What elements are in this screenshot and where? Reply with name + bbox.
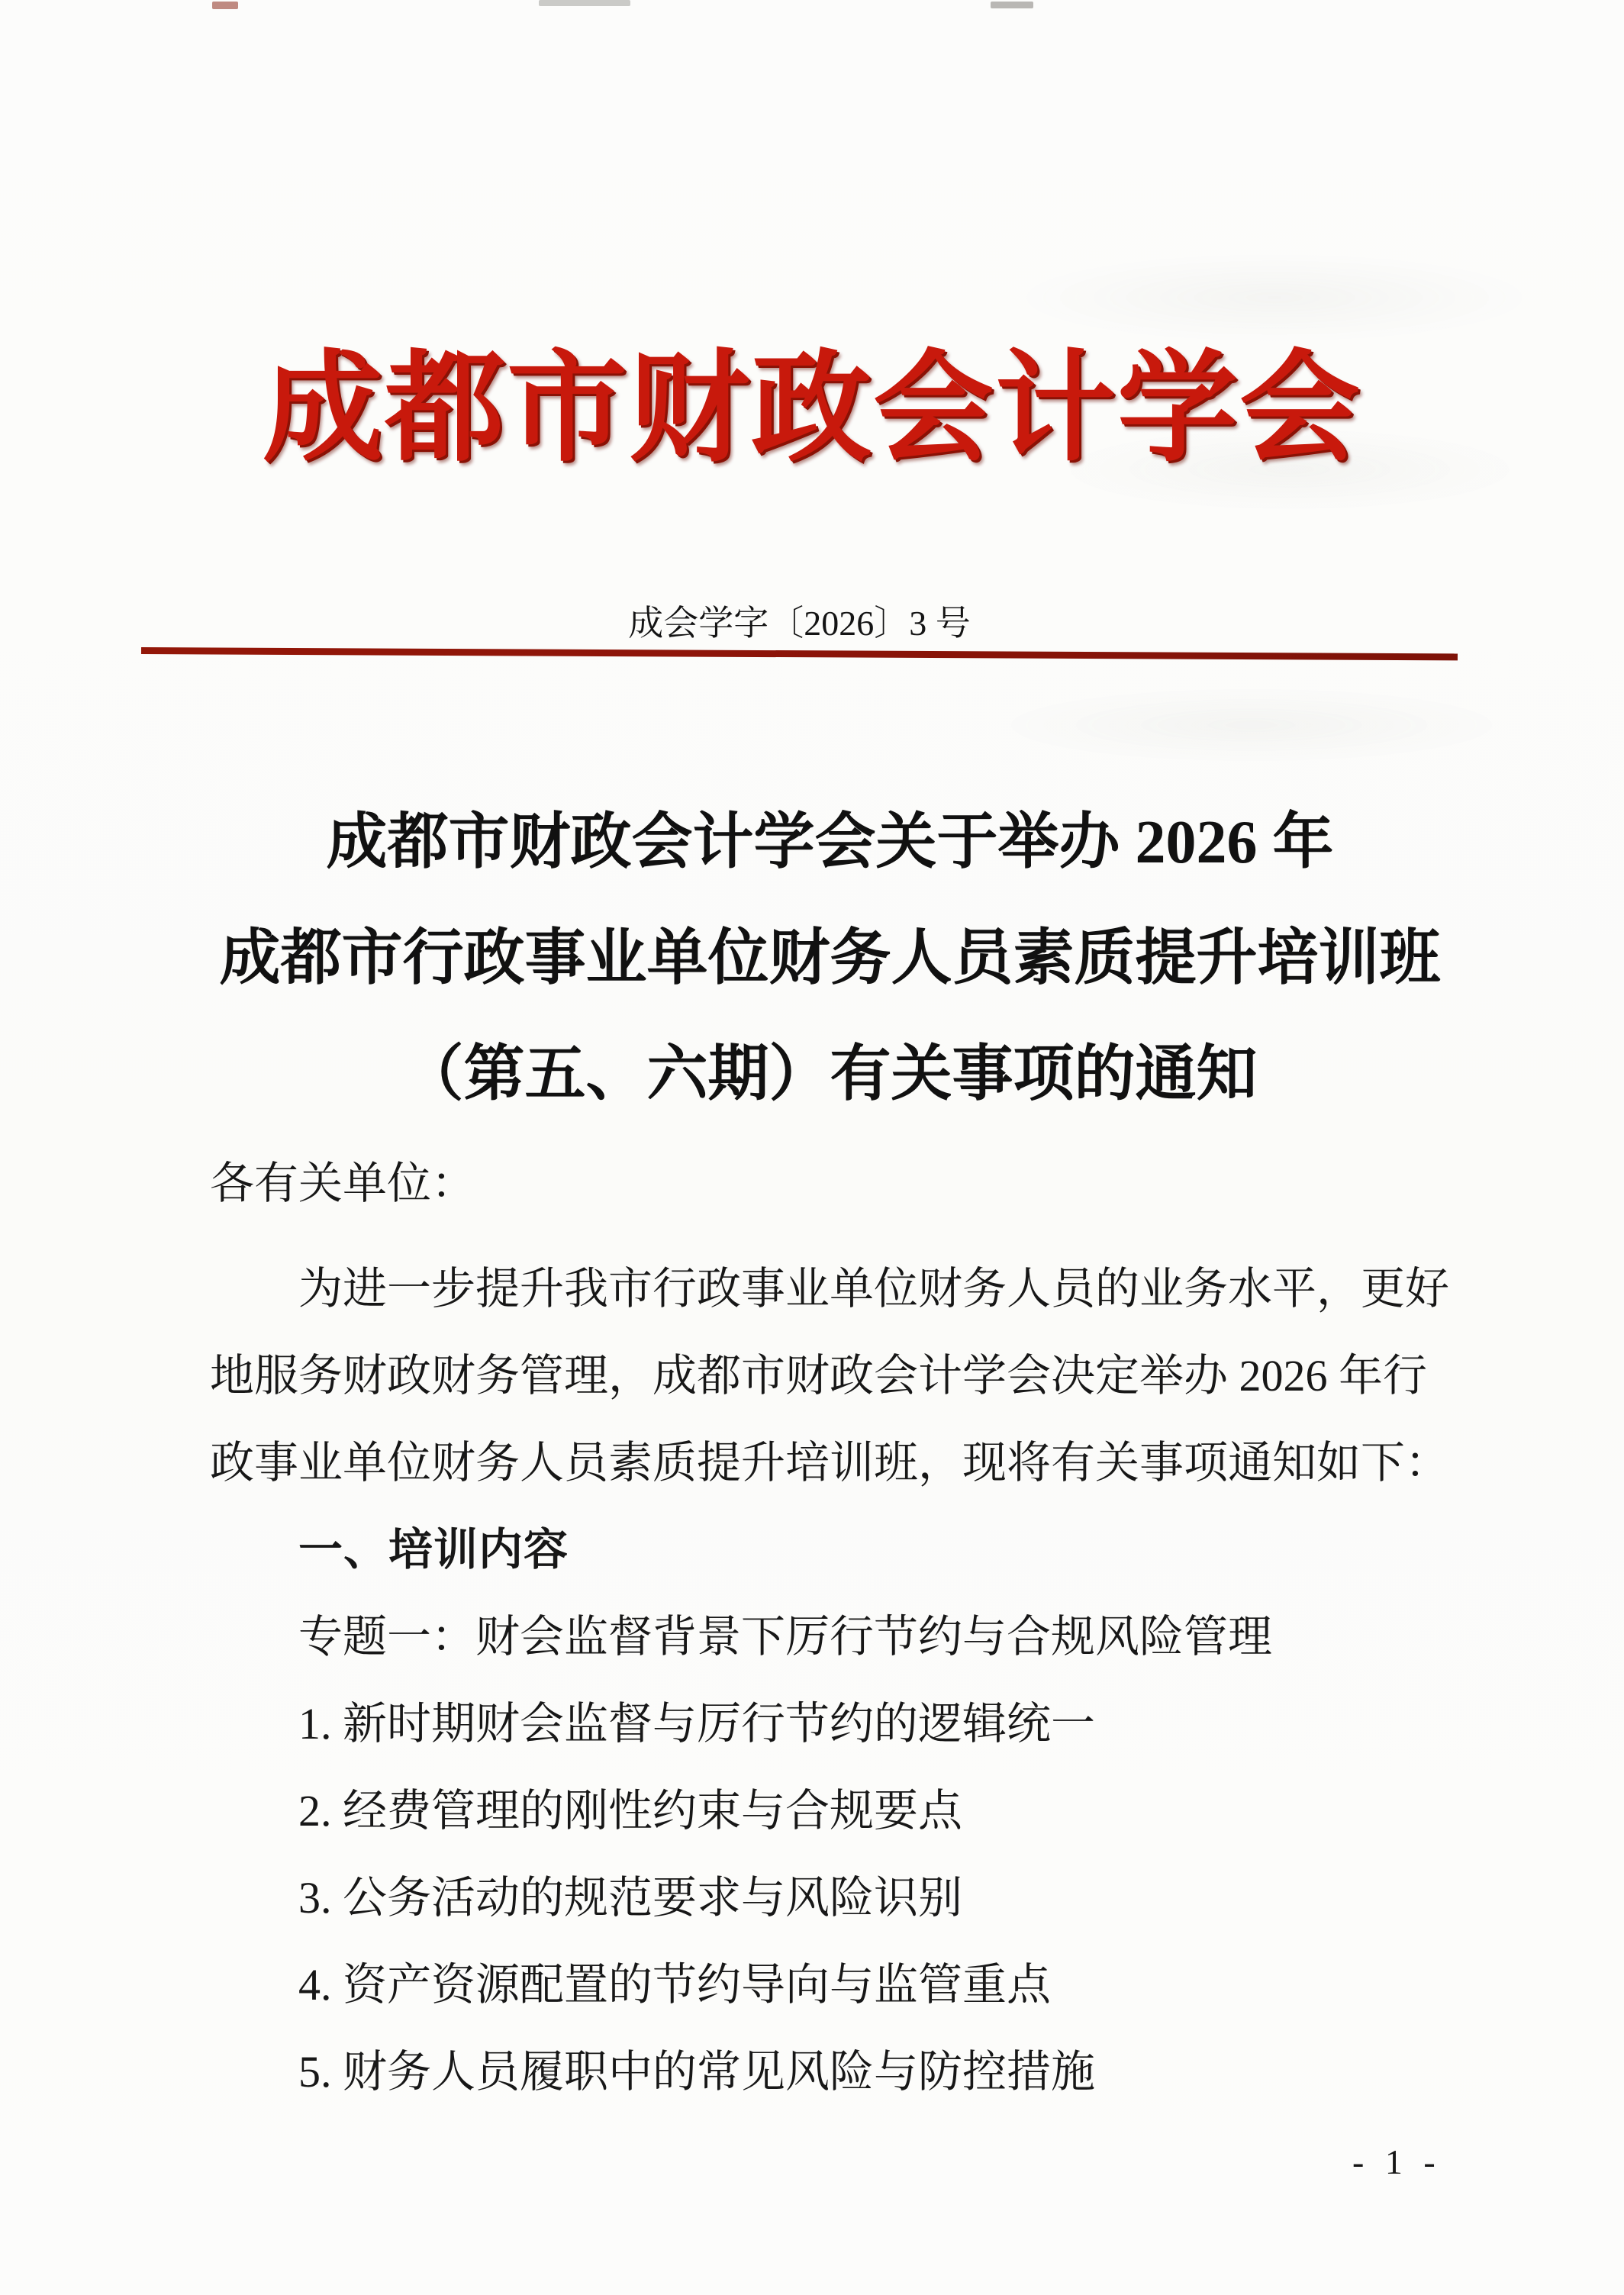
letterhead-org-name: 成都市财政会计学会 [0, 311, 1624, 485]
page-number: - 1 - [1352, 2142, 1442, 2182]
notice-title: 成都市财政会计学会关于举办 2026 年 成都市行政事业单位财务人员素质提升培训… [210, 785, 1450, 1133]
doc-number: 成会学字〔2026〕3 号 [141, 603, 1458, 644]
training-item-2: 2. 经费管理的刚性约束与合规要点 [210, 1768, 1450, 1855]
paragraph-line-2: 地服务财政财务管理，成都市财政会计学会决定举办 2026 年行 [210, 1333, 1450, 1420]
scan-artifact [539, 0, 630, 6]
paragraph-line-3: 政事业单位财务人员素质提升培训班，现将有关事项通知如下： [210, 1420, 1450, 1507]
training-item-5: 5. 财务人员履职中的常见风险与防控措施 [210, 2029, 1450, 2116]
notice-body: 各有关单位： 为进一步提升我市行政事业单位财务人员的业务水平，更好 地服务财政财… [210, 1140, 1450, 2116]
notice-title-line3: （第五、六期）有关事项的通知 [210, 1017, 1450, 1133]
section-heading-training-content: 一、培训内容 [210, 1507, 1450, 1594]
training-item-4: 4. 资产资源配置的节约导向与监管重点 [210, 1942, 1450, 2029]
bleedthrough-smudge [992, 687, 1511, 763]
training-item-1: 1. 新时期财会监督与厉行节约的逻辑统一 [210, 1681, 1450, 1768]
salutation: 各有关单位： [210, 1140, 1450, 1227]
scan-artifact [212, 2, 238, 9]
scan-artifact [991, 2, 1033, 8]
topic-line-1: 专题一：财会监督背景下厉行节约与合规风险管理 [210, 1594, 1450, 1681]
document-page: 成都市财政会计学会 成会学字〔2026〕3 号 成都市财政会计学会关于举办 20… [0, 0, 1624, 2295]
training-item-3: 3. 公务活动的规范要求与风险识别 [210, 1855, 1450, 1942]
notice-title-line1: 成都市财政会计学会关于举办 2026 年 [210, 785, 1450, 901]
notice-title-line2: 成都市行政事业单位财务人员素质提升培训班 [210, 901, 1450, 1017]
paragraph-line-1: 为进一步提升我市行政事业单位财务人员的业务水平，更好 [210, 1246, 1450, 1333]
letterhead-divider-rule [141, 647, 1458, 660]
